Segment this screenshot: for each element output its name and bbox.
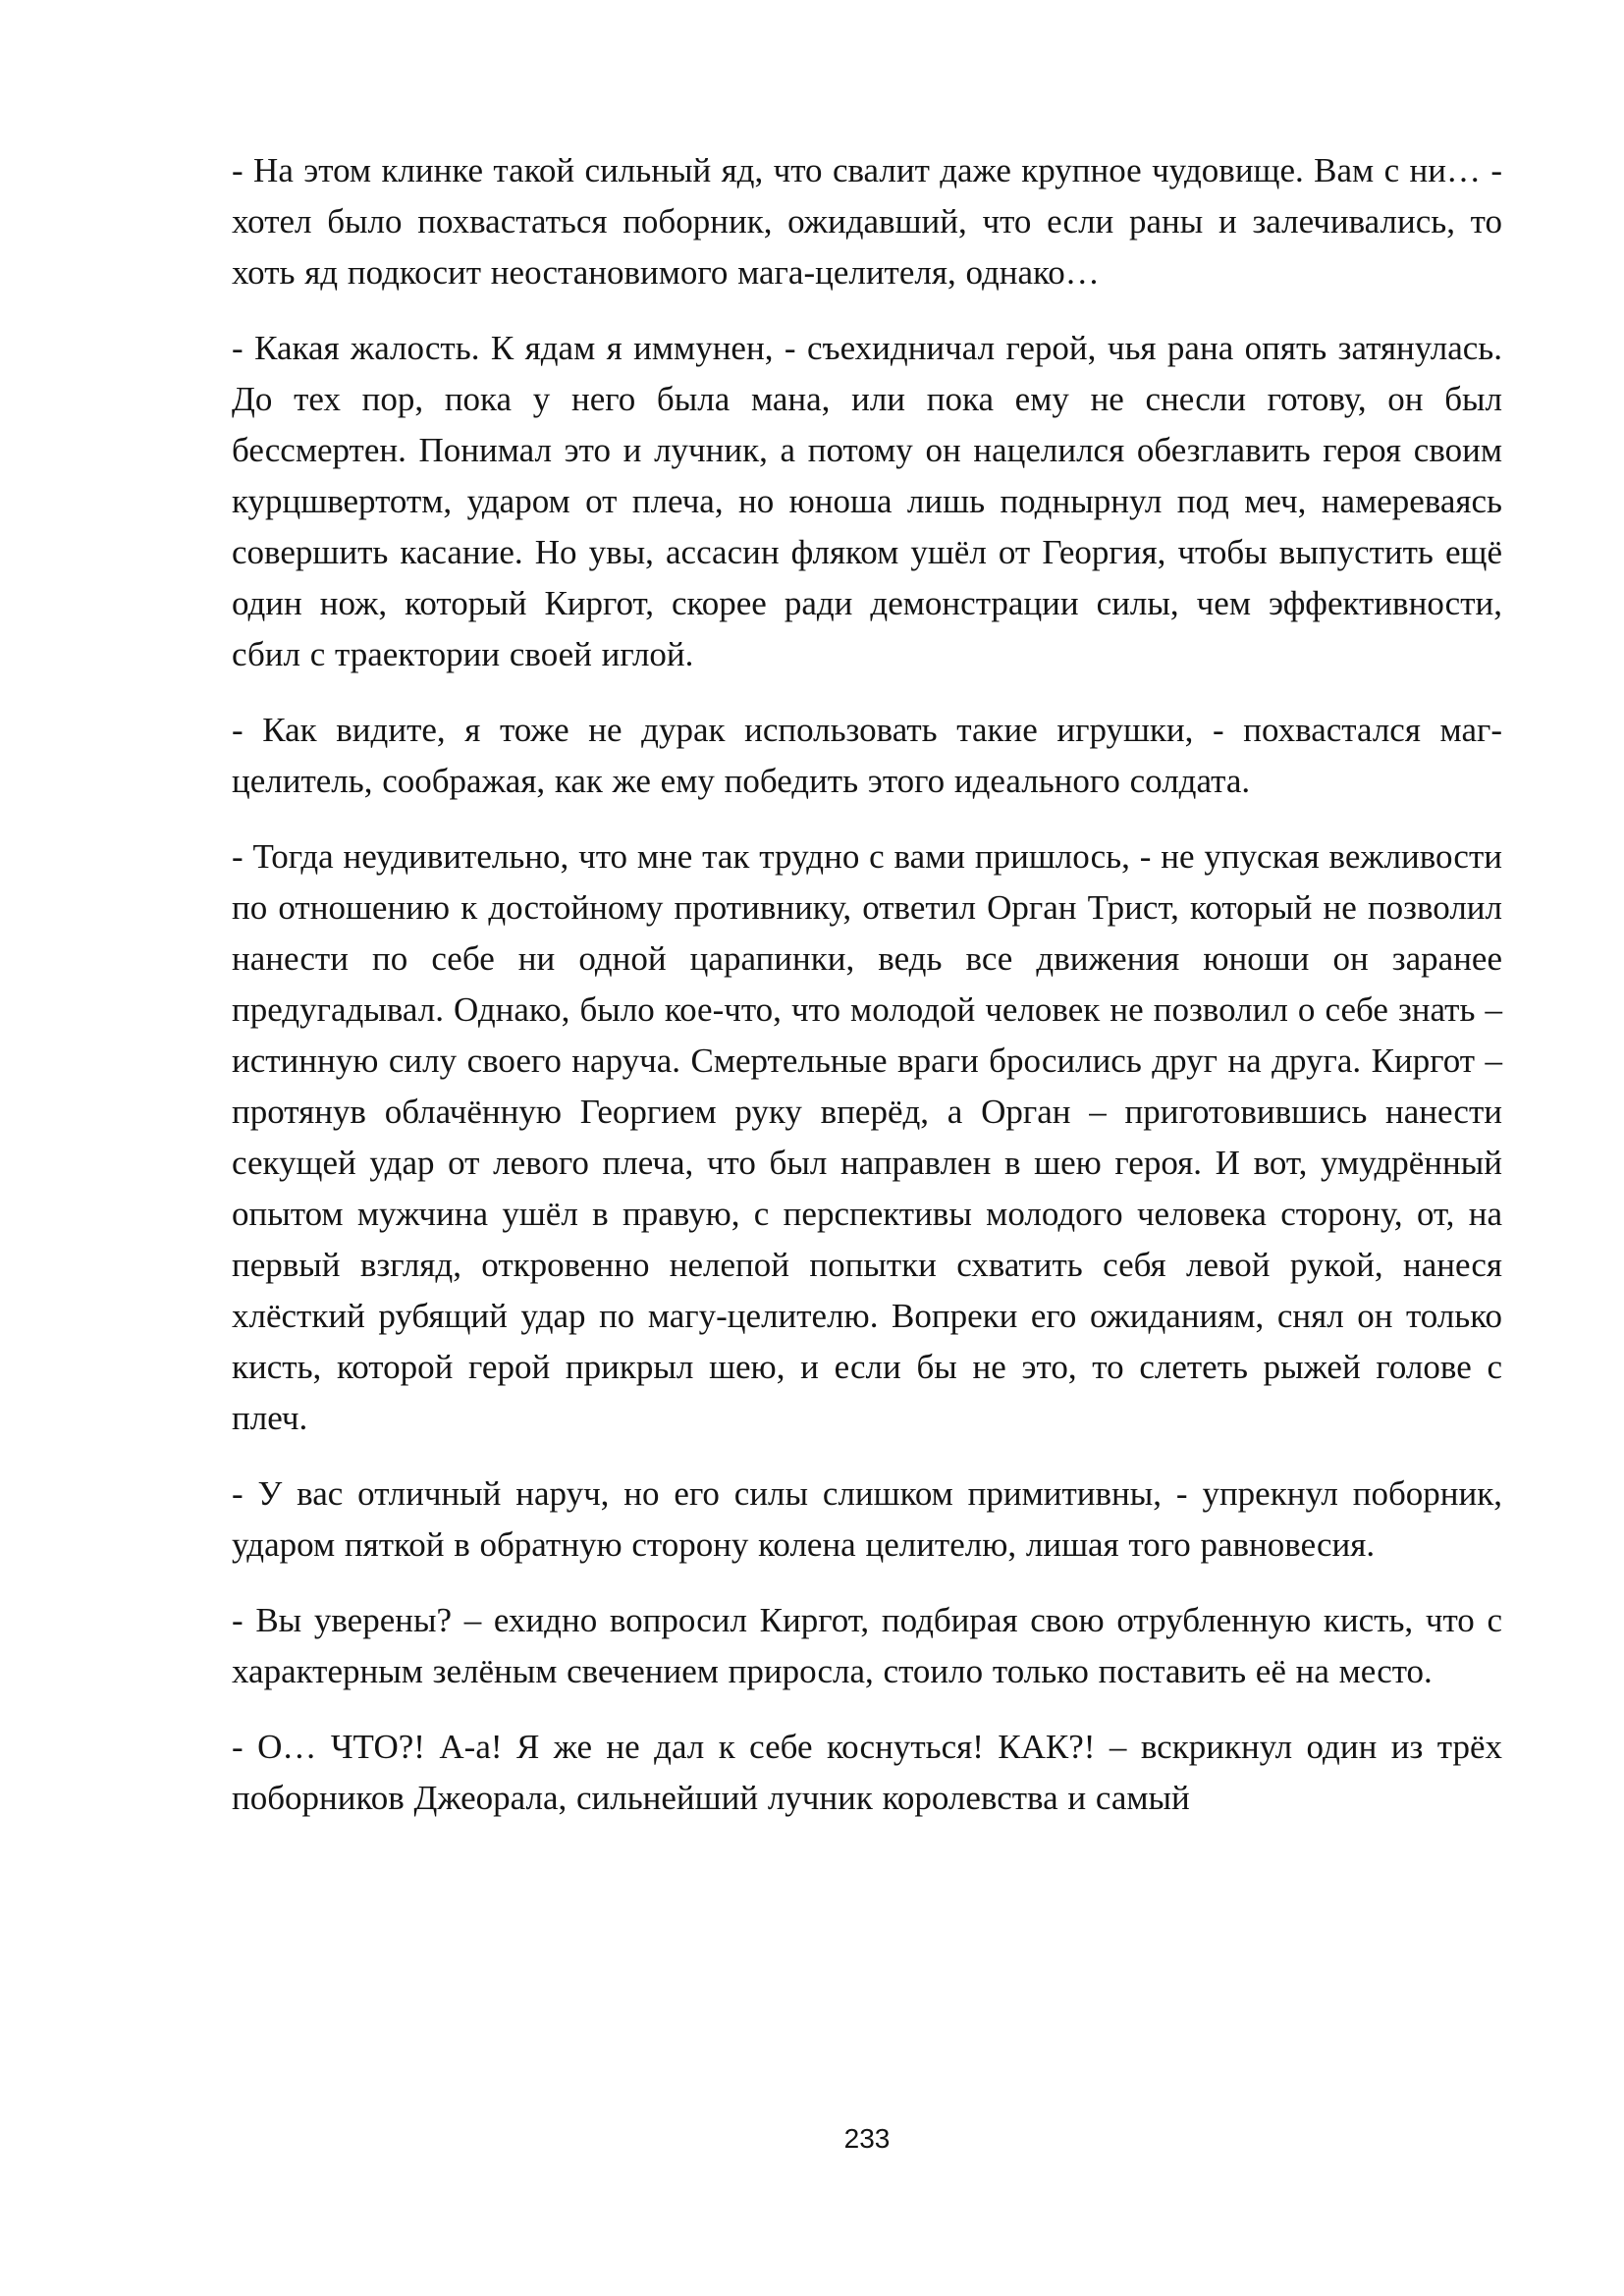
document-page: - На этом клинке такой сильный яд, что с… bbox=[0, 0, 1624, 2296]
paragraph: - На этом клинке такой сильный яд, что с… bbox=[232, 145, 1502, 298]
paragraph: - Какая жалость. К ядам я иммунен, - съе… bbox=[232, 323, 1502, 680]
paragraph: - Тогда неудивительно, что мне так трудн… bbox=[232, 831, 1502, 1444]
paragraph: - О… ЧТО?! А-а! Я же не дал к себе косну… bbox=[232, 1722, 1502, 1824]
page-number: 233 bbox=[232, 2123, 1502, 2155]
paragraph: - У вас отличный наруч, но его силы слиш… bbox=[232, 1468, 1502, 1571]
text-block: - На этом клинке такой сильный яд, что с… bbox=[232, 145, 1502, 1848]
paragraph: - Как видите, я тоже не дурак использова… bbox=[232, 705, 1502, 807]
paragraph: - Вы уверены? – ехидно вопросил Киргот, … bbox=[232, 1595, 1502, 1697]
